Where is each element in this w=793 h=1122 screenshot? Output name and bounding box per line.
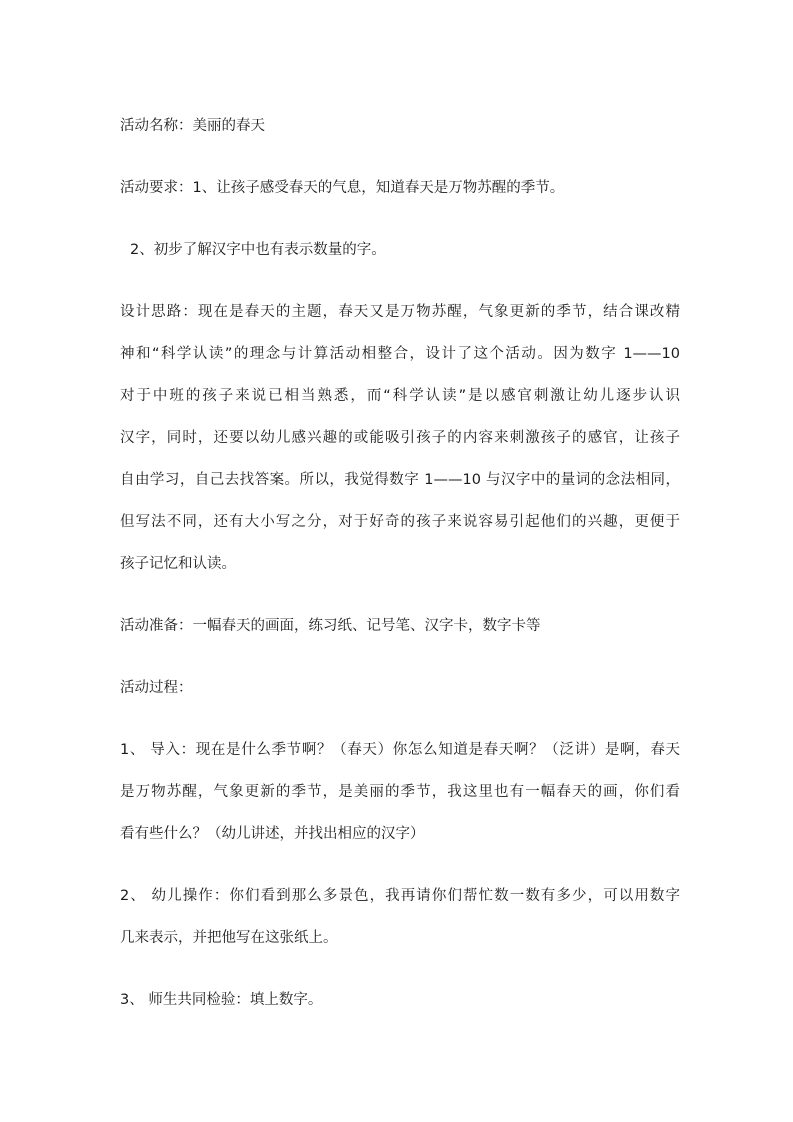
process-heading: 活动过程： <box>120 678 193 698</box>
step2-line: 几来表示，并把他写在这张纸上。 <box>120 928 338 948</box>
activity-preparation: 活动准备：一幅春天的画面，练习纸、记号笔、汉字卡，数字卡等 <box>120 616 541 636</box>
design-line: 对于中班的孩子来说已相当熟悉，而“科学认读”是以感官刺激让幼儿逐步认识 <box>120 386 680 406</box>
design-line: 自由学习，自己去找答案。所以，我觉得数字 1——10 与汉字中的量词的念法相同， <box>120 470 680 490</box>
step3-line: 3、 师生共同检验：填上数字。 <box>120 990 322 1010</box>
activity-title: 活动名称：美丽的春天 <box>120 116 265 136</box>
design-line: 但写法不同，还有大小写之分，对于好奇的孩子来说容易引起他们的兴趣，更便于 <box>120 512 680 532</box>
step1-line: 是万物苏醒，气象更新的季节，是美丽的季节，我这里也有一幅春天的画，你们看 <box>120 782 680 802</box>
activity-requirement-2: 2、初步了解汉字中也有表示数量的字。 <box>130 240 386 260</box>
step2-line: 2、 幼儿操作：你们看到那么多景色，我再请你们帮忙数一数有多少，可以用数字 <box>120 886 680 906</box>
design-line: 汉字，同时，还要以幼儿感兴趣的或能吸引孩子的内容来刺激孩子的感官，让孩子 <box>120 428 680 448</box>
design-line: 孩子记忆和认读。 <box>120 554 236 574</box>
design-line: 神和“科学认读”的理念与计算活动相整合，设计了这个活动。因为数字 1——10 <box>120 344 680 364</box>
step1-line: 看有些什么？（幼儿讲述，并找出相应的汉字） <box>120 824 425 844</box>
design-line: 设计思路：现在是春天的主题，春天又是万物苏醒，气象更新的季节，结合课改精 <box>120 302 680 322</box>
activity-requirement-1: 活动要求：1、让孩子感受春天的气息，知道春天是万物苏醒的季节。 <box>120 178 564 198</box>
step1-line: 1、 导入：现在是什么季节啊？（春天）你怎么知道是春天啊？（泛讲）是啊，春天 <box>120 740 680 760</box>
